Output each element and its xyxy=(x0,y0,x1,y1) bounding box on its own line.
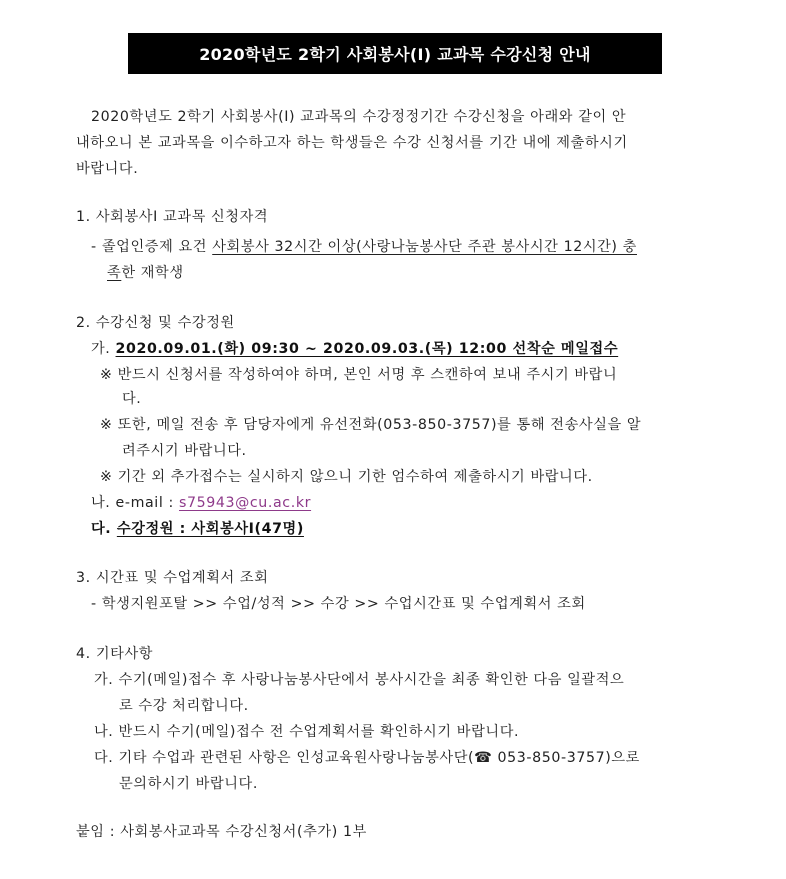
phone-icon: ☎ xyxy=(474,750,492,766)
item-marker-da: 다. xyxy=(91,521,111,537)
document-title-banner: 2020학년도 2학기 사회봉사(Ⅰ) 교과목 수강신청 안내 xyxy=(128,33,662,74)
email-link[interactable]: s75943@cu.ac.kr xyxy=(179,495,311,511)
note-1-line-2: 다. xyxy=(122,389,141,409)
section4-item-na-text: 반드시 수기(메일)접수 전 수업계획서를 확인하시기 바랍니다. xyxy=(119,724,520,740)
note-1-text: 반드시 신청서를 작성하여야 하며, 본인 서명 후 스캔하여 보내 주시기 바… xyxy=(118,367,618,383)
section3-item: - 학생지원포탈 >> 수업/성적 >> 수강 >> 수업시간표 및 수업계획서… xyxy=(91,594,586,614)
intro-line-1: 2020학년도 2학기 사회봉사(Ⅰ) 교과목의 수강정정기간 수강신청을 아래… xyxy=(91,107,715,127)
application-period: 2020.09.01.(화) 09:30 ~ 2020.09.03.(목) 12… xyxy=(116,341,619,357)
section1-item-suffix: 한 재학생 xyxy=(121,265,183,281)
section3-heading: 3. 시간표 및 수업계획서 조회 xyxy=(76,568,269,588)
section2-item-ga: 가. 2020.09.01.(화) 09:30 ~ 2020.09.03.(목)… xyxy=(91,339,618,359)
section1-item-underlined-2: 족 xyxy=(107,265,121,281)
email-label: e-mail : xyxy=(116,495,179,511)
intro-text-1: 2020학년도 2학기 사회봉사(Ⅰ) 교과목의 수강정정기간 수강신청을 아래… xyxy=(91,107,626,127)
section2-item-na: 나. e-mail : s75943@cu.ac.kr xyxy=(91,493,311,513)
section1-item-underlined: 사회봉사 32시간 이상(사랑나눔봉사단 주관 봉사시간 12시간) 충 xyxy=(212,239,637,255)
note-marker: ※ xyxy=(100,417,113,433)
section1-item-line-2: 족한 재학생 xyxy=(107,263,184,283)
intro-text-3: 바랍니다. xyxy=(76,161,138,177)
section4-item-na: 나. 반드시 수기(메일)접수 전 수업계획서를 확인하시기 바랍니다. xyxy=(94,722,519,742)
contact-phone: 053-850-3757)으로 xyxy=(492,750,640,766)
item-marker-ga: 가. xyxy=(94,672,113,688)
section2-item-da: 다. 수강정원 : 사회봉사Ⅰ(47명) xyxy=(91,519,304,539)
section1-item-prefix: 졸업인증제 요건 xyxy=(102,239,212,255)
document-title: 2020학년도 2학기 사회봉사(Ⅰ) 교과목 수강신청 안내 xyxy=(199,42,591,65)
note-3-line-1: ※ 기간 외 추가접수는 실시하지 않으니 기한 엄수하여 제출하시기 바랍니다… xyxy=(100,467,593,487)
section4-heading: 4. 기타사항 xyxy=(76,644,153,664)
section1-heading: 1. 사회봉사Ⅰ 교과목 신청자격 xyxy=(76,207,268,227)
item-marker-na: 나. xyxy=(94,724,113,740)
section4-item-ga-text: 수기(메일)접수 후 사랑나눔봉사단에서 봉사시간을 최종 확인한 다음 일괄적… xyxy=(119,672,625,688)
intro-line-2: 내하오니 본 교과목을 이수하고자 하는 학생들은 수강 신청서를 기간 내에 … xyxy=(76,133,716,153)
intro-text-2: 내하오니 본 교과목을 이수하고자 하는 학생들은 수강 신청서를 기간 내에 … xyxy=(76,135,628,151)
portal-navigation-path: 학생지원포탈 >> 수업/성적 >> 수강 >> 수업시간표 및 수업계획서 조… xyxy=(102,596,586,612)
item-marker-na: 나. xyxy=(91,495,110,511)
attachment-note: 붙임 : 사회봉사교과목 수강신청서(추가) 1부 xyxy=(76,822,367,842)
enrollment-capacity: 수강정원 : 사회봉사Ⅰ(47명) xyxy=(117,521,304,537)
bullet-dash: - xyxy=(91,596,97,612)
item-marker-ga: 가. xyxy=(91,341,110,357)
section4-item-da-line-1: 다. 기타 수업과 관련된 사항은 인성교육원사랑나눔봉사단(☎ 053-850… xyxy=(94,748,640,768)
section4-item-da-text: 기타 수업과 관련된 사항은 인성교육원사랑나눔봉사단( xyxy=(119,750,475,766)
section1-item-line-1: - 졸업인증제 요건 사회봉사 32시간 이상(사랑나눔봉사단 주관 봉사시간 … xyxy=(91,237,637,257)
note-marker: ※ xyxy=(100,469,113,485)
note-2-line-2: 려주시기 바랍니다. xyxy=(122,441,247,461)
note-marker: ※ xyxy=(100,367,113,383)
section4-item-ga-line-1: 가. 수기(메일)접수 후 사랑나눔봉사단에서 봉사시간을 최종 확인한 다음 … xyxy=(94,670,624,690)
bullet-dash: - xyxy=(91,239,97,255)
section2-heading: 2. 수강신청 및 수강정원 xyxy=(76,313,235,333)
note-2-text: 또한, 메일 전송 후 담당자에게 유선전화(053-850-3757)를 통해… xyxy=(118,417,642,433)
item-marker-da: 다. xyxy=(94,750,113,766)
section4-item-ga-line-2: 로 수강 처리합니다. xyxy=(119,696,249,716)
note-1-line-1: ※ 반드시 신청서를 작성하여야 하며, 본인 서명 후 스캔하여 보내 주시기… xyxy=(100,365,617,385)
section4-item-da-line-2: 문의하시기 바랍니다. xyxy=(119,774,258,794)
intro-line-3: 바랍니다. xyxy=(76,159,138,179)
note-2-line-1: ※ 또한, 메일 전송 후 담당자에게 유선전화(053-850-3757)를 … xyxy=(100,415,641,435)
note-3-text: 기간 외 추가접수는 실시하지 않으니 기한 엄수하여 제출하시기 바랍니다. xyxy=(118,469,593,485)
